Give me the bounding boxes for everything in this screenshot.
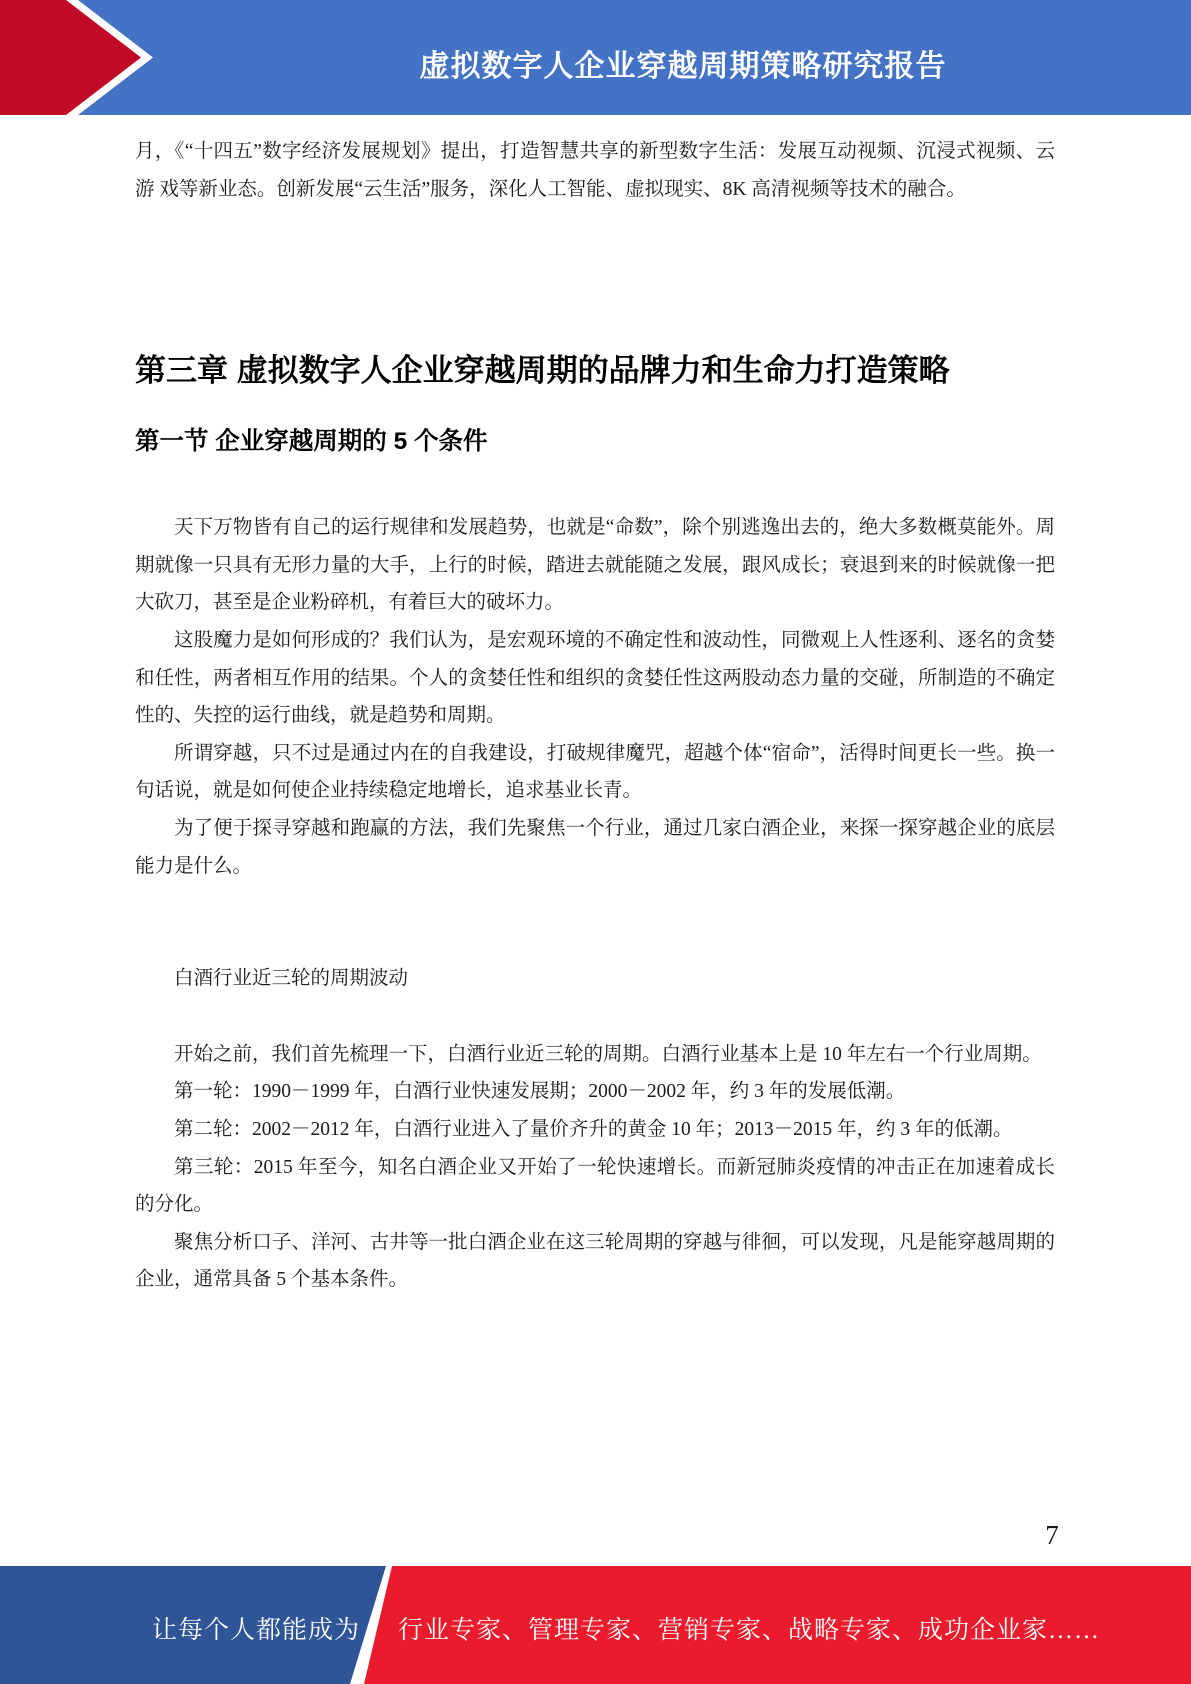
paragraph: 所谓穿越，只不过是通过内在的自我建设，打破规律魔咒，超越个体“宿命”，活得时间更…	[135, 735, 1055, 810]
red-chevron-icon	[0, 0, 175, 115]
footer-slogan-right: 行业专家、管理专家、营销专家、战略专家、成功企业家……	[398, 1614, 1100, 1648]
paragraph: 第二轮：2002－2012 年，白酒行业进入了量价齐升的黄金 10 年；2013…	[135, 1111, 1055, 1149]
paragraph: 为了便于探寻穿越和跑赢的方法，我们先聚焦一个行业，通过几家白酒企业，来探一探穿越…	[135, 810, 1055, 885]
paragraph: 这股魔力是如何形成的？我们认为，是宏观环境的不确定性和波动性，同微观上人性逐利、…	[135, 622, 1055, 735]
paragraph: 开始之前，我们首先梳理一下，白酒行业近三轮的周期。白酒行业基本上是 10 年左右…	[135, 1036, 1055, 1074]
paragraph-intro: 月，《“十四五”数字经济发展规划》提出，打造智慧共享的新型数字生活：发展互动视频…	[135, 133, 1055, 208]
chapter-heading: 第三章 虚拟数字人企业穿越周期的品牌力和生命力打造策略	[135, 350, 1055, 392]
page-footer: 让每个人都能成为 行业专家、管理专家、营销专家、战略专家、成功企业家……	[0, 1566, 1191, 1684]
paragraph: 聚焦分析口子、洋河、古井等一批白酒企业在这三轮周期的穿越与徘徊，可以发现，凡是能…	[135, 1224, 1055, 1299]
report-title: 虚拟数字人企业穿越周期策略研究报告	[175, 0, 1191, 115]
paragraph: 天下万物皆有自己的运行规律和发展趋势，也就是“命数”，除个别逃逸出去的，绝大多数…	[135, 509, 1055, 622]
page-number: 7	[1034, 1518, 1070, 1552]
paragraph: 第三轮：2015 年至今，知名白酒企业又开始了一轮快速增长。而新冠肺炎疫情的冲击…	[135, 1149, 1055, 1224]
footer-slogan-left: 让每个人都能成为	[152, 1614, 360, 1648]
section-heading: 第一节 企业穿越周期的 5 个条件	[135, 425, 1055, 459]
subheading-baijiu-cycles: 白酒行业近三轮的周期波动	[135, 960, 1055, 998]
report-page: 虚拟数字人企业穿越周期策略研究报告 月，《“十四五”数字经济发展规划》提出，打造…	[0, 0, 1191, 1684]
page-header: 虚拟数字人企业穿越周期策略研究报告	[0, 0, 1191, 115]
document-body: 月，《“十四五”数字经济发展规划》提出，打造智慧共享的新型数字生活：发展互动视频…	[0, 115, 1191, 1299]
paragraph: 第一轮：1990－1999 年，白酒行业快速发展期；2000－2002 年，约 …	[135, 1073, 1055, 1111]
